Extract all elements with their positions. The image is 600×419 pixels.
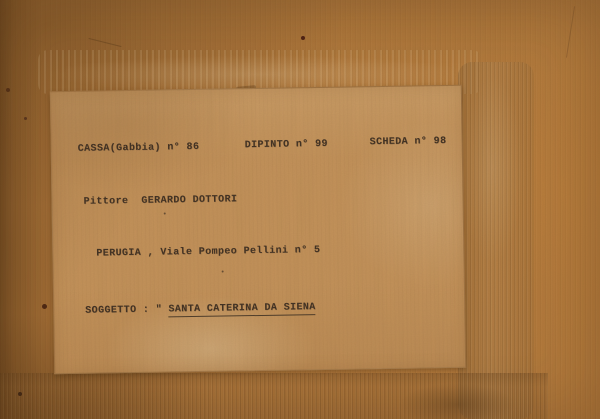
stray-ink-dot [164, 212, 166, 214]
inventory-label: CASSA(Gabbia) n° 86 DIPINTO n° 99 SCHEDA… [50, 85, 466, 374]
stray-ink-dot [222, 271, 224, 273]
subject-label: SOGGETTO : " [85, 304, 168, 316]
wood-scratch [88, 38, 121, 47]
wood-knot [18, 392, 22, 396]
painter-line: PittoreGERARDO DOTTORI [83, 194, 237, 207]
cassa-number: CASSA(Gabbia) n° 86 [78, 142, 200, 155]
dipinto-number: DIPINTO n° 99 [245, 139, 328, 151]
painter-name: GERARDO DOTTORI [141, 194, 237, 207]
wood-knot [6, 88, 10, 92]
wood-knot [24, 117, 27, 120]
wood-stain-bottom [398, 383, 516, 419]
address-line: PERUGIA , Viale Pompeo Pellini n° 5 [96, 245, 320, 260]
wood-knot [42, 304, 47, 309]
painting-verso-photo: CASSA(Gabbia) n° 86 DIPINTO n° 99 SCHEDA… [0, 0, 600, 419]
painter-label: Pittore [83, 196, 128, 208]
subject-line: SOGGETTO : " SANTA CATERINA DA SIENA [85, 302, 316, 317]
glue-streak-right [458, 62, 534, 419]
wood-knot [301, 36, 305, 40]
wood-crack [566, 6, 575, 58]
subject-title: SANTA CATERINA DA SIENA [168, 302, 315, 317]
scheda-number: SCHEDA n° 98 [370, 136, 447, 148]
